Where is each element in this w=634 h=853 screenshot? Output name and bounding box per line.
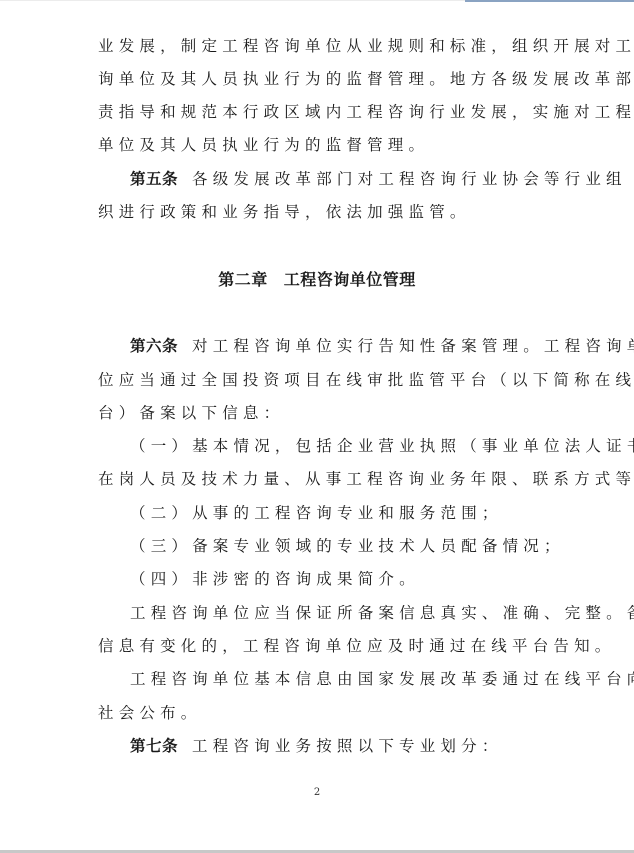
article-5: 第五条各级发展改革部门对工程咨询行业协会等行业组	[130, 168, 574, 190]
article-6-text: 对工程咨询单位实行告知性备案管理。工程咨询单	[192, 337, 634, 355]
article-5-label: 第五条	[130, 170, 178, 188]
paragraph-line: 单位及其人员执业行为的监督管理。	[98, 134, 542, 156]
article-7-label: 第七条	[130, 737, 178, 755]
chapter-heading: 第二章工程咨询单位管理	[0, 269, 634, 291]
article-6: 第六条对工程咨询单位实行告知性备案管理。工程咨询单	[130, 335, 574, 357]
paragraph-line: 询单位及其人员执业行为的监督管理。地方各级发展改革部门负	[98, 68, 542, 90]
article-7: 第七条工程咨询业务按照以下专业划分：	[130, 735, 574, 757]
article-7-text: 工程咨询业务按照以下专业划分：	[192, 737, 503, 755]
paragraph-line: 台）备案以下信息：	[98, 402, 542, 424]
paragraph-line: 社会公布。	[98, 702, 542, 724]
paragraph-line: 信息有变化的，工程咨询单位应及时通过在线平台告知。	[98, 635, 542, 657]
paragraph-line: 责指导和规范本行政区域内工程咨询行业发展，实施对工程咨询	[98, 101, 542, 123]
paragraph-line: 位应当通过全国投资项目在线审批监管平台（以下简称在线平	[98, 369, 542, 391]
list-item-1: （一）基本情况，包括企业营业执照（事业单位法人证书）、	[130, 435, 574, 457]
paragraph-line: 业发展，制定工程咨询单位从业规则和标准，组织开展对工程咨	[98, 35, 542, 57]
list-item-1-continued: 在岗人员及技术力量、从事工程咨询业务年限、联系方式等；	[98, 468, 542, 490]
chapter-title: 工程咨询单位管理	[284, 270, 416, 289]
article-6-label: 第六条	[130, 337, 178, 355]
list-item-4: （四）非涉密的咨询成果简介。	[130, 568, 574, 590]
list-item-2: （二）从事的工程咨询专业和服务范围；	[130, 502, 574, 524]
paragraph-line: 织进行政策和业务指导，依法加强监管。	[98, 201, 542, 223]
chapter-number: 第二章	[218, 270, 268, 289]
document-page: 业发展，制定工程咨询单位从业规则和标准，组织开展对工程咨 询单位及其人员执业行为…	[0, 0, 634, 850]
article-5-text: 各级发展改革部门对工程咨询行业协会等行业组	[192, 170, 627, 188]
paragraph-line: 工程咨询单位基本信息由国家发展改革委通过在线平台向	[130, 668, 574, 690]
list-item-3: （三）备案专业领域的专业技术人员配备情况；	[130, 535, 574, 557]
paragraph-line: 工程咨询单位应当保证所备案信息真实、准确、完整。备案	[130, 602, 574, 624]
page-number: 2	[0, 786, 634, 800]
